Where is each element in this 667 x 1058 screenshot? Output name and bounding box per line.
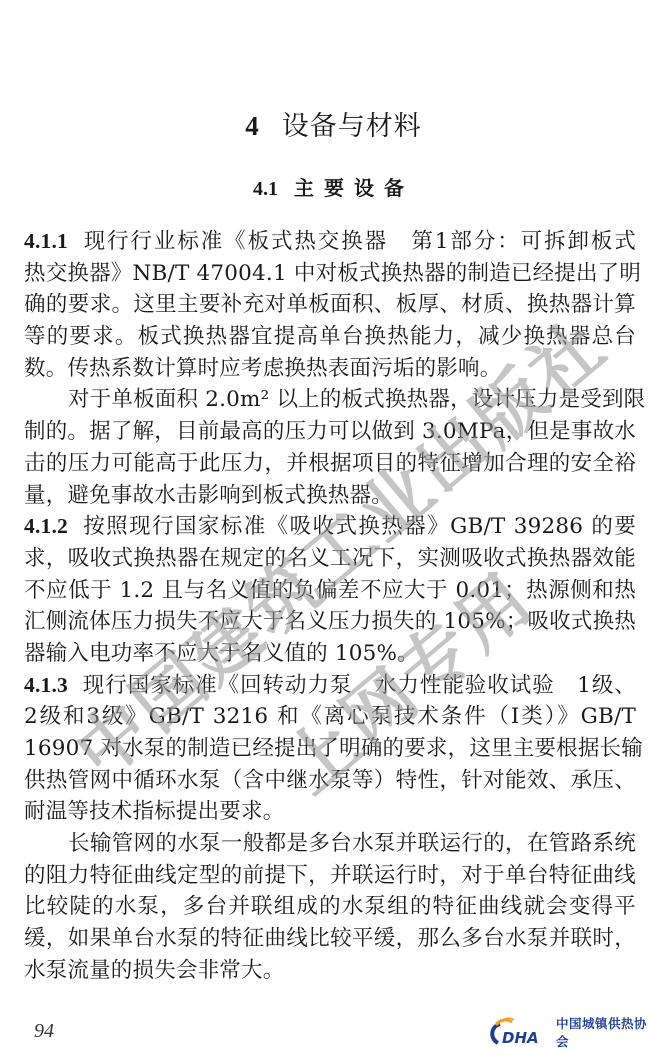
body-text: 4.1.1现行行业标准《板式热交换器 第1部分：可拆卸板式 热交换器》NB/T … [24, 226, 636, 987]
text-line: 不应低于 1.2 且与名义值的负偏差不应大于 0.01；热源侧和热 [24, 575, 636, 607]
text-line: 4.1.2按照现行国家标准《吸收式换热器》GB/T 39286 的要 [24, 511, 636, 543]
text-line: 制的。据了解，目前最高的压力可以做到 3.0MPa，但是事故水 [24, 416, 636, 448]
section-number: 4.1 [253, 178, 278, 200]
text-line: 2级和3级》GB/T 3216 和《离心泵技术条件（Ⅰ类）》GB/T [24, 701, 636, 733]
svg-text:DHA: DHA [502, 1029, 539, 1047]
page-number: 94 [34, 1020, 54, 1043]
text-line: 汇侧流体压力损失不应大于名义压力损失的 105%；吸收式换热 [24, 606, 636, 638]
text-line: 耐温等技术指标提出要求。 [24, 796, 636, 828]
text-line: 数。传热系数计算时应考虑换热表面污垢的影响。 [24, 353, 636, 385]
chapter-name: 设备与材料 [282, 111, 422, 142]
clause-number: 4.1.1 [24, 229, 68, 253]
text-line: 水泵流量的损失会非常大。 [24, 955, 636, 987]
text-line: 等的要求。板式换热器宜提高单台换热能力，减少换热器总台 [24, 321, 636, 353]
chapter-title: 4设备与材料 [0, 108, 667, 145]
association-logo: DHA 中国城镇供热协会 [488, 1014, 658, 1050]
clause-number: 4.1.3 [24, 673, 68, 697]
cdha-logo-icon: DHA [488, 1017, 550, 1047]
text-line: 确的要求。这里主要补充对单板面积、板厚、材质、换热器计算 [24, 289, 636, 321]
logo-text: 中国城镇供热协会 [556, 1014, 658, 1050]
chapter-number: 4 [245, 111, 260, 141]
text-line: 器输入电功率不应大于名义值的 105%。 [24, 638, 636, 670]
text-line: 对于单板面积 2.0m² 以上的板式换热器，设计压力是受到限 [24, 384, 636, 416]
document-page: 4设备与材料 4.1主要设备 4.1.1现行行业标准《板式热交换器 第1部分：可… [0, 0, 667, 1058]
text-line: 长输管网的水泵一般都是多台水泵并联运行的，在管路系统 [24, 828, 636, 860]
text-line: 缓，如果单台水泵的特征曲线比较平缓，那么多台水泵并联时， [24, 923, 636, 955]
text-line: 比较陡的水泵，多台并联组成的水泵组的特征曲线就会变得平 [24, 891, 636, 923]
clause-number: 4.1.2 [24, 514, 68, 538]
text-line: 4.1.3现行国家标准《回转动力泵 水力性能验收试验 1级、 [24, 670, 636, 702]
text-line: 的阻力特征曲线定型的前提下，并联运行时，对于单台特征曲线 [24, 860, 636, 892]
section-name: 主要设备 [294, 176, 414, 200]
text-line: 16907 对水泵的制造已经提出了明确的要求，这里主要根据长输 [24, 733, 636, 765]
text-line: 量，避免事故水击影响到板式换热器。 [24, 480, 636, 512]
section-title: 4.1主要设备 [0, 174, 667, 203]
text-line: 求，吸收式换热器在规定的名义工况下，实测吸收式换热器效能 [24, 543, 636, 575]
text-line: 击的压力可能高于此压力，并根据项目的特征增加合理的安全裕 [24, 448, 636, 480]
text-line: 热交换器》NB/T 47004.1 中对板式换热器的制造已经提出了明 [24, 258, 636, 290]
text-line: 供热管网中循环水泵（含中继水泵等）特性，针对能效、承压、 [24, 765, 636, 797]
text-line: 4.1.1现行行业标准《板式热交换器 第1部分：可拆卸板式 [24, 226, 636, 258]
